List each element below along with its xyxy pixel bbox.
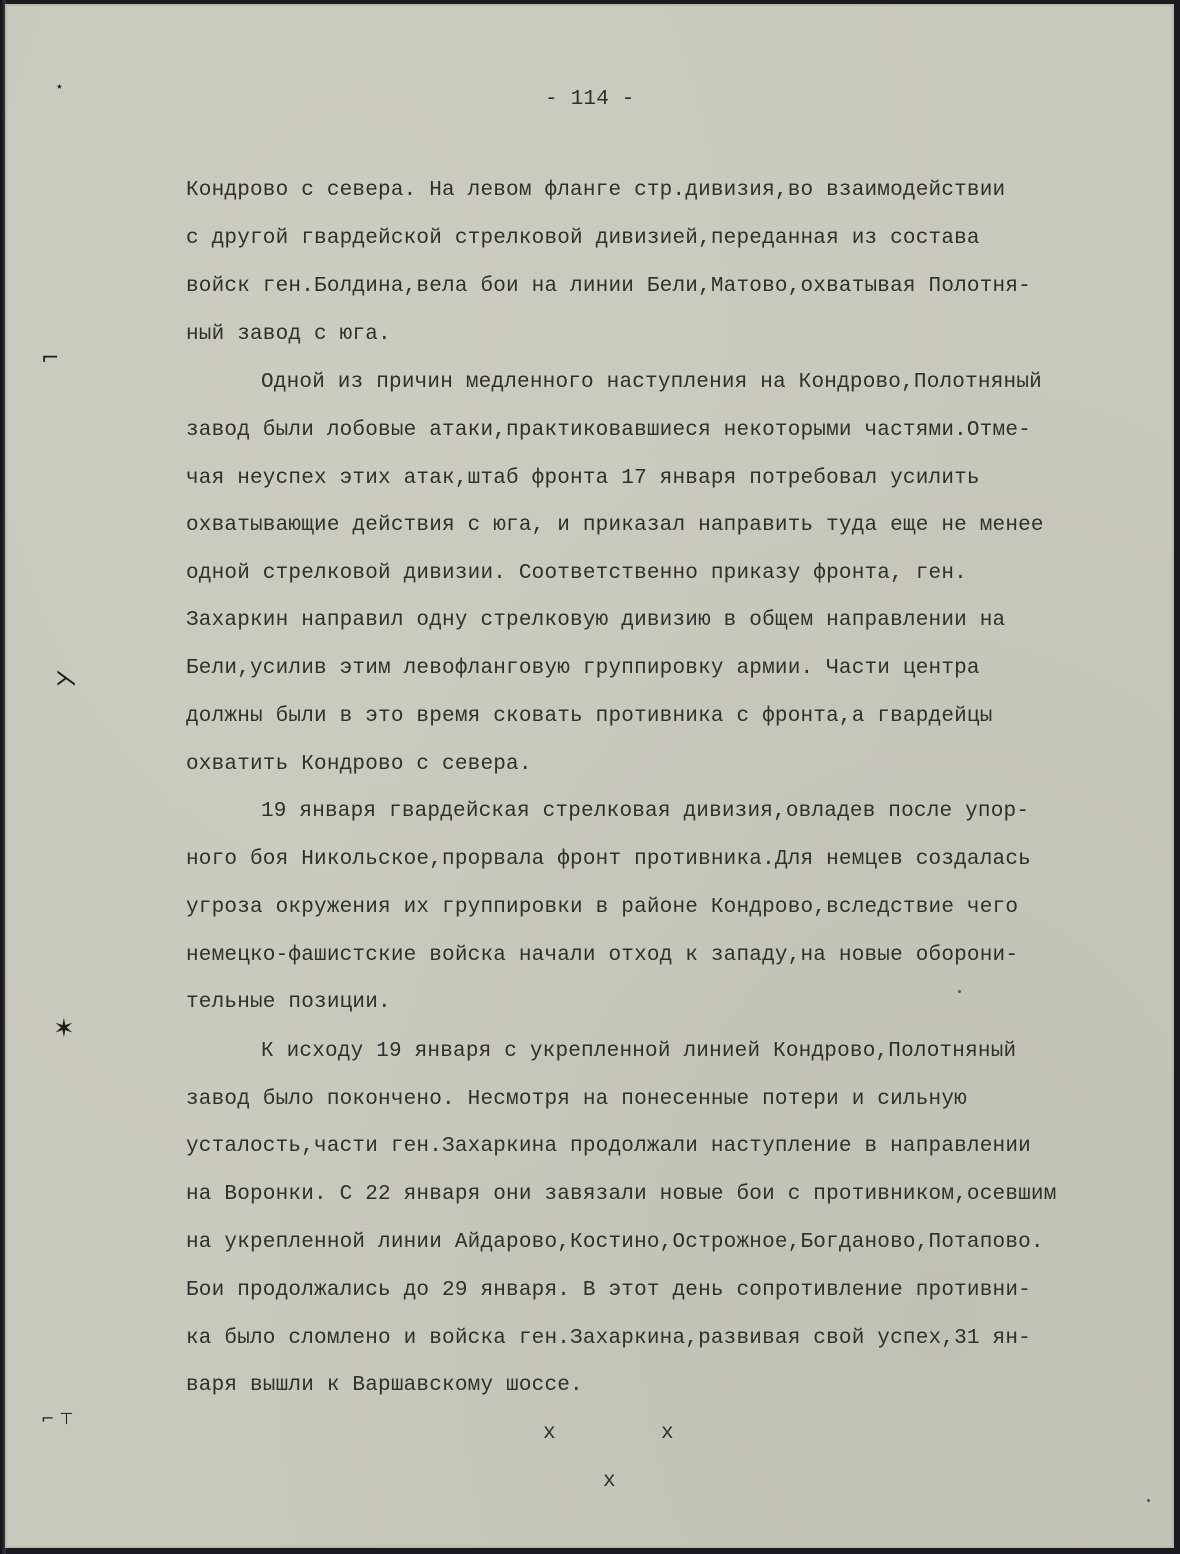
text-line: варя вышли к Варшавскому шоссе. — [186, 1371, 583, 1401]
paragraph-start-line: К исходу 19 января с укрепленной линией … — [261, 1037, 1016, 1067]
text-line: немецко-фашистские войска начали отход к… — [186, 941, 1018, 971]
separator-mark-left: x — [543, 1422, 556, 1445]
binding-hole-icon: ⋋ — [55, 668, 77, 690]
document-page: - 114 - Кондрово с севера. На левом флан… — [5, 4, 1174, 1548]
separator-mark-right: x — [661, 1422, 674, 1445]
text-line: Бели,усилив этим левофланговую группиров… — [186, 654, 980, 684]
text-line: ного боя Никольское,прорвала фронт проти… — [186, 845, 1031, 875]
text-line: охватывающие действия с юга, и приказал … — [186, 511, 1044, 541]
paper-speck — [1147, 1499, 1150, 1502]
text-line: одной стрелковой дивизии. Соответственно… — [186, 559, 967, 589]
text-line: Бои продолжались до 29 января. В этот де… — [186, 1276, 1031, 1306]
text-line: завод было покончено. Несмотря на понесе… — [186, 1085, 967, 1115]
text-line: угроза окружения их группировки в районе… — [186, 893, 1018, 923]
text-line: завод были лобовые атаки,практиковавшиес… — [186, 416, 1031, 446]
text-line: Кондрово с севера. На левом фланге стр.д… — [186, 176, 1005, 206]
separator-mark-center: x — [603, 1470, 616, 1493]
text-line: чая неуспех этих атак,штаб фронта 17 янв… — [186, 464, 980, 494]
binding-hole-icon: ⌐ ⊤ — [41, 1408, 73, 1430]
text-line: ка было сломлено и войска ген.Захаркина,… — [186, 1324, 1031, 1354]
text-line: усталость,части ген.Захаркина продолжали… — [186, 1132, 1031, 1162]
page-number: - 114 - — [545, 88, 685, 111]
paragraph-start-line: 19 января гвардейская стрелковая дивизия… — [261, 797, 1029, 827]
paragraph-start-line: Одной из причин медленного наступления н… — [261, 368, 1042, 398]
text-line: ный завод с юга. — [186, 320, 391, 350]
text-line: охватить Кондрово с севера. — [186, 750, 532, 780]
binding-hole-icon: ✶ — [53, 1018, 75, 1040]
text-line: войск ген.Болдина,вела бои на линии Бели… — [186, 272, 1031, 302]
text-line: с другой гвардейской стрелковой дивизией… — [186, 224, 980, 254]
text-line: Захаркин направил одну стрелковую дивизи… — [186, 606, 1005, 636]
text-line: на укрепленной линии Айдарово,Костино,Ос… — [186, 1228, 1044, 1258]
paper-speck — [958, 990, 961, 993]
text-line: должны были в это время сковать противни… — [186, 702, 993, 732]
text-line: на Воронки. С 22 января они завязали нов… — [186, 1180, 1057, 1210]
binding-hole-icon: ⌐ — [41, 348, 59, 370]
binding-hole-icon: ⋆ — [55, 76, 64, 98]
text-line: тельные позиции. — [186, 988, 391, 1018]
